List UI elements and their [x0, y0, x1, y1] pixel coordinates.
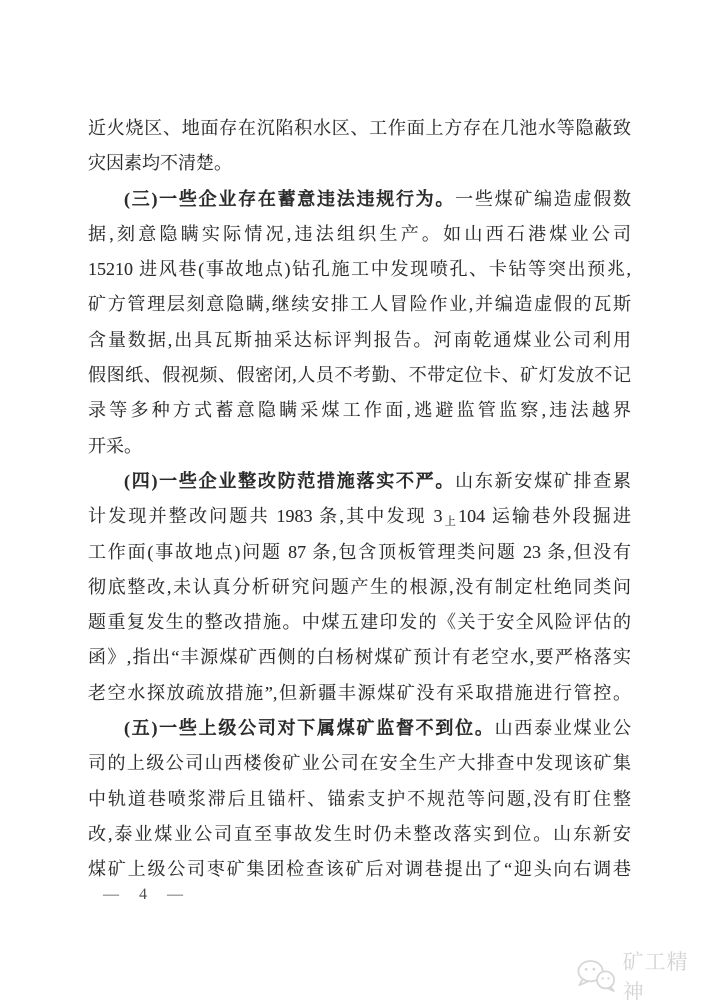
text-segment: 山西泰业煤业公 — [495, 718, 631, 738]
text-line: 近火烧区、地面存在沉陷积水区、工作面上方存在几池水等隐蔽致 — [88, 111, 631, 146]
text-line: (五)一些上级公司对下属煤矿监督不到位。山西泰业煤业公 — [88, 711, 631, 746]
text-segment: 中轨道巷喷浆滞后且锚杆、锚索支护不规范等问题,没有盯住整 — [88, 789, 631, 809]
page-number: — 4 — — [103, 886, 191, 904]
text-line: 彻底整改,未认真分析研究问题产生的根源,没有制定杜绝同类问 — [88, 570, 631, 605]
text-segment: 工作面(事故地点)问题 87 条,包含顶板管理类问题 23 条,但没有 — [88, 542, 631, 562]
text-line: 灾因素均不清楚。 — [88, 146, 631, 181]
text-segment: 15210 进风巷(事故地点)钻孔施工中发现喷孔、卡钻等突出预兆, — [88, 259, 631, 279]
text-line: 含量数据,出具瓦斯抽采达标评判报告。河南乾通煤业公司利用 — [88, 323, 631, 358]
text-line: 开采。 — [88, 429, 631, 464]
text-line: 矿方管理层刻意隐瞒,继续安排工人冒险作业,并编造虚假的瓦斯 — [88, 287, 631, 322]
text-segment: 煤矿上级公司枣矿集团检查该矿后对调巷提出了“迎头向右调巷 — [88, 859, 631, 879]
text-line: 计发现并整改问题共 1983 条,其中发现 3上104 运输巷外段掘进 — [88, 499, 631, 534]
text-line: 工作面(事故地点)问题 87 条,包含顶板管理类问题 23 条,但没有 — [88, 535, 631, 570]
text-segment: 一些煤矿编造虚假数 — [455, 189, 631, 209]
wechat-icon — [575, 957, 618, 995]
text-segment: 假图纸、假视频、假密闭,人员不考勤、不带定位卡、矿灯发放不记 — [88, 365, 631, 385]
text-segment: 灾因素均不清楚。 — [88, 153, 232, 173]
subscript-segment: 上 — [443, 516, 459, 528]
text-line: 函》,指出“丰源煤矿西侧的白杨树煤矿预计有老空水,要严格落实 — [88, 640, 631, 675]
text-segment: 司的上级公司山西楼俊矿业公司在安全生产大排查中发现该矿集 — [88, 753, 631, 773]
watermark-text: 矿工精神 — [623, 946, 708, 1000]
text-line: 老空水探放疏放措施”,但新疆丰源煤矿没有采取措施进行管控。 — [88, 676, 631, 711]
document-text-block: 近火烧区、地面存在沉陷积水区、工作面上方存在几池水等隐蔽致 灾因素均不清楚。 (… — [88, 111, 631, 888]
scanned-document-page: 近火烧区、地面存在沉陷积水区、工作面上方存在几池水等隐蔽致 灾因素均不清楚。 (… — [0, 0, 708, 1000]
text-segment: 函》,指出“丰源煤矿西侧的白杨树煤矿预计有老空水,要严格落实 — [88, 647, 631, 667]
text-segment: 题重复发生的整改措施。中煤五建印发的《关于安全风险评估的 — [88, 612, 631, 632]
text-line: (三)一些企业存在蓄意违法违规行为。一些煤矿编造虚假数 — [88, 182, 631, 217]
text-segment: 录等多种方式蓄意隐瞒采煤工作面,逃避监管监察,违法越界 — [88, 400, 631, 420]
text-segment: 含量数据,出具瓦斯抽采达标评判报告。河南乾通煤业公司利用 — [88, 330, 631, 350]
text-line: (四)一些企业整改防范措施落实不严。山东新安煤矿排查累 — [88, 464, 631, 499]
text-line: 改,泰业煤业公司直至事故发生时仍未整改落实到位。山东新安 — [88, 817, 631, 852]
text-segment: 开采。 — [88, 436, 142, 456]
text-line: 煤矿上级公司枣矿集团检查该矿后对调巷提出了“迎头向右调巷 — [88, 852, 631, 887]
text-segment: 老空水探放疏放措施”,但新疆丰源煤矿没有采取措施进行管控。 — [88, 683, 631, 703]
wechat-watermark: 矿工精神 — [575, 946, 708, 1000]
text-line: 中轨道巷喷浆滞后且锚杆、锚索支护不规范等问题,没有盯住整 — [88, 782, 631, 817]
text-segment: 据,刻意隐瞒实际情况,违法组织生产。如山西石港煤业公司 — [88, 224, 631, 244]
text-line: 假图纸、假视频、假密闭,人员不考勤、不带定位卡、矿灯发放不记 — [88, 358, 631, 393]
text-line: 据,刻意隐瞒实际情况,违法组织生产。如山西石港煤业公司 — [88, 217, 631, 252]
text-line: 司的上级公司山西楼俊矿业公司在安全生产大排查中发现该矿集 — [88, 746, 631, 781]
text-segment: 计发现并整改问题共 1983 条,其中发现 3 — [88, 506, 443, 526]
text-segment: 矿方管理层刻意隐瞒,继续安排工人冒险作业,并编造虚假的瓦斯 — [88, 294, 631, 314]
text-segment: 近火烧区、地面存在沉陷积水区、工作面上方存在几池水等隐蔽致 — [88, 118, 631, 138]
text-line: 题重复发生的整改措施。中煤五建印发的《关于安全风险评估的 — [88, 605, 631, 640]
text-segment: 山东新安煤矿排查累 — [455, 471, 631, 491]
text-segment: 104 运输巷外段掘进 — [458, 506, 631, 526]
text-line: 录等多种方式蓄意隐瞒采煤工作面,逃避监管监察,违法越界 — [88, 393, 631, 428]
section-heading: (四)一些企业整改防范措施落实不严。 — [124, 471, 455, 491]
text-line: 15210 进风巷(事故地点)钻孔施工中发现喷孔、卡钻等突出预兆, — [88, 252, 631, 287]
text-segment: 改,泰业煤业公司直至事故发生时仍未整改落实到位。山东新安 — [88, 824, 631, 844]
section-heading: (五)一些上级公司对下属煤矿监督不到位。 — [124, 718, 495, 738]
text-segment: 彻底整改,未认真分析研究问题产生的根源,没有制定杜绝同类问 — [88, 577, 631, 597]
section-heading: (三)一些企业存在蓄意违法违规行为。 — [124, 189, 455, 209]
